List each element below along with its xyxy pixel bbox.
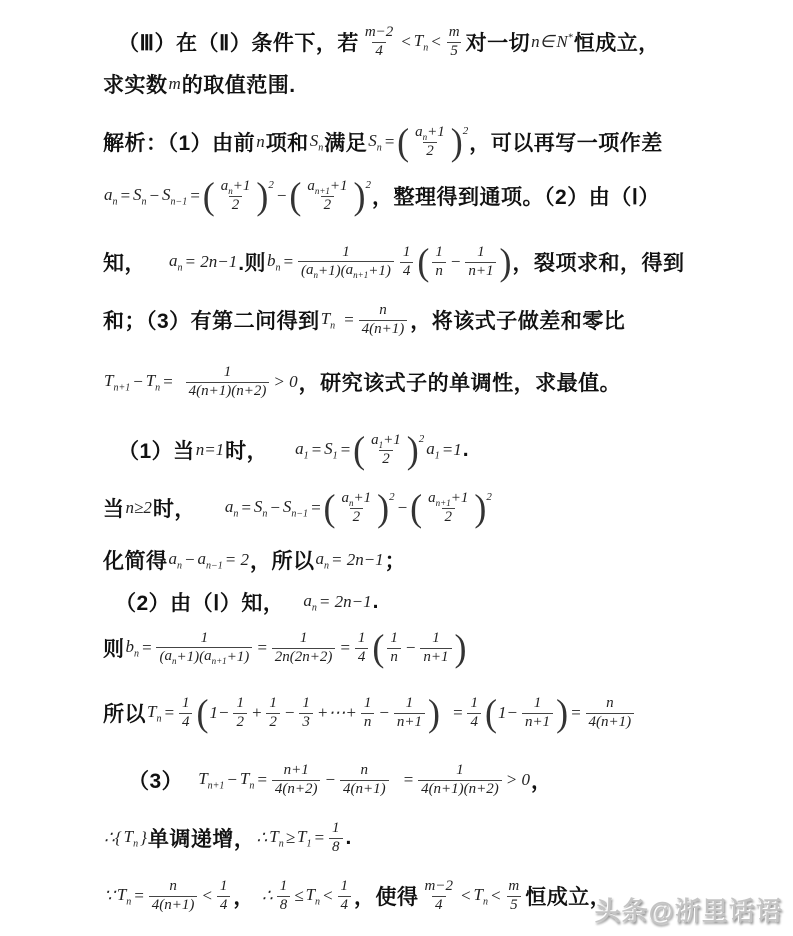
spacer (268, 450, 294, 451)
variable: Tn+1 (104, 371, 130, 393)
math-run: 1 (220, 878, 228, 895)
math-run: } (140, 828, 147, 848)
text-run: （Ⅲ）在（Ⅱ）条件下，若 (118, 27, 359, 57)
fraction: 14 (179, 695, 193, 731)
numerator: 1 (297, 630, 311, 647)
paren-content: an+1+12 (422, 490, 474, 527)
spacer (441, 713, 451, 714)
denominator: 4 (372, 42, 386, 60)
variable: Sn−1 (283, 497, 308, 519)
denominator: 5 (507, 896, 521, 914)
open-paren: ( (372, 630, 384, 666)
subscript: n+1 (212, 656, 227, 666)
subscript: n (330, 320, 335, 331)
close-paren: ) (455, 630, 467, 666)
variable: Tn (473, 885, 487, 907)
math-run: < (322, 886, 333, 906)
text-run: 满足 (324, 127, 367, 157)
math-run: 4(n+1) (343, 781, 386, 798)
fraction: 1n (361, 695, 375, 731)
math-run: = (343, 310, 354, 330)
variable: an+1 (204, 648, 227, 666)
paren-content: an+12 (215, 178, 257, 215)
fraction: 1n (387, 630, 401, 666)
subscript: n (318, 142, 323, 153)
denominator: n (432, 262, 446, 280)
paren-group: (1−12+12−13+⋯+1n−1n+1) (196, 695, 440, 731)
math-run: +1 (354, 490, 372, 507)
text-run: （1）当 (118, 435, 195, 465)
paren-content: 1n−1n+1 (429, 244, 499, 280)
numerator: n+1 (281, 762, 312, 779)
variable: Sn−1 (162, 185, 187, 207)
math-run: +1)( (318, 263, 346, 280)
variable: Tn (306, 885, 320, 907)
subscript: n (276, 262, 281, 273)
paren-content: 1−1n+1 (497, 695, 556, 731)
denominator: 4(n+1)(n+2) (186, 382, 270, 400)
variable: N* (556, 32, 572, 52)
numerator: 1 (217, 878, 231, 895)
math-run: = 2 (225, 550, 249, 570)
denominator: 2 (423, 142, 437, 160)
fraction: 12n(2n+2) (272, 630, 336, 666)
math-run: 3 (302, 714, 310, 731)
math-run: m (508, 878, 519, 895)
paren-content: an+1+12 (301, 178, 353, 215)
math-run: ∴ (262, 886, 273, 906)
denominator: 2 (266, 713, 280, 731)
numerator: 1 (338, 878, 352, 895)
math-run: 1 (534, 695, 542, 712)
math-run: +1 (330, 178, 348, 195)
denominator: n+1 (420, 648, 451, 666)
numerator: 1 (339, 244, 353, 261)
variable: Tn (269, 827, 283, 849)
subscript: n (133, 838, 138, 849)
math-run: − (378, 703, 389, 723)
fraction: 14 (467, 695, 481, 731)
math-run: 1 (300, 630, 308, 647)
fraction: m−24 (422, 878, 456, 914)
math-run: = (256, 638, 267, 658)
numerator: m−2 (362, 24, 396, 41)
math-run: 1 (477, 244, 485, 261)
math-run: = (163, 703, 174, 723)
text-run: 的取值范围. (182, 69, 296, 99)
numerator: 1 (299, 695, 313, 712)
math-run: 1 (201, 630, 209, 647)
text-run: （3） (128, 765, 183, 795)
math-run: > 0 (273, 372, 297, 392)
fraction: n+14(n+2) (272, 762, 321, 798)
numerator: n (358, 762, 372, 779)
denominator: 4 (432, 896, 446, 914)
fraction: 1n+1 (394, 695, 425, 731)
paren-group: (an+1+12)2 (289, 178, 371, 215)
subscript: 1 (307, 838, 312, 849)
numerator: 1 (277, 878, 291, 895)
numerator: 1 (429, 630, 443, 647)
math-run: − (284, 703, 295, 723)
math-run: +1) (368, 263, 391, 280)
subscript: n (177, 560, 182, 571)
paren-group: (1n−1n+1) (372, 630, 466, 666)
variable: Tn (414, 31, 428, 53)
subscript: n (312, 602, 317, 613)
variable: an (225, 497, 239, 519)
math-run: n+1 (423, 649, 448, 666)
variable: an (415, 124, 427, 142)
math-run: 1 (406, 695, 414, 712)
math-run: 4 (358, 649, 366, 666)
fraction: 14(n+1)(n+2) (186, 364, 270, 400)
variable: Tn (124, 827, 138, 849)
open-paren: ( (410, 490, 422, 526)
math-run: n≥2 (126, 498, 152, 518)
open-paren: ( (417, 244, 429, 280)
fraction: 14(n+1)(n+2) (418, 762, 502, 798)
denominator: n+1 (465, 262, 496, 280)
math-run: ≥ (286, 828, 295, 848)
math-run: 5 (510, 897, 518, 914)
math-line: （1）当n=1时，a1=S1=(a1+12)2a1=1. (118, 424, 469, 476)
math-run: 5 (450, 43, 458, 60)
open-paren: ( (485, 695, 497, 731)
math-run: 1 (236, 695, 244, 712)
math-run: +1 (233, 178, 251, 195)
math-run: n+1 (397, 714, 422, 731)
numerator: 1 (387, 630, 401, 647)
math-line: Tn+1−Tn=14(n+1)(n+2)> 0，研究该式子的单调性，求最值。 (103, 356, 621, 408)
numerator: 1 (474, 244, 488, 261)
math-run: n (361, 762, 369, 779)
math-run: = (403, 770, 414, 790)
math-run: 4(n+1)(n+2) (421, 781, 499, 798)
numerator: 1 (233, 695, 247, 712)
text-run: 单调递增， (148, 823, 256, 853)
variable: an (104, 185, 118, 207)
math-run: +1 (383, 432, 401, 449)
numerator: n (166, 878, 180, 895)
math-line: 则bn=1(an+1)(an+1+1)=12n(2n+2)=14(1n−1n+1… (103, 622, 468, 674)
paren-group: (an+1+12)2 (410, 490, 492, 527)
open-paren: ( (196, 695, 208, 731)
text-run: . (346, 826, 352, 850)
math-run: 1 (456, 762, 464, 779)
exponent: 2 (419, 433, 425, 445)
fraction: 14 (355, 630, 369, 666)
numerator: 1 (432, 244, 446, 261)
numerator: 1 (329, 820, 343, 837)
variable: bn (267, 251, 281, 273)
denominator: 4 (400, 262, 414, 280)
variable: an (342, 490, 354, 508)
math-run: − (184, 550, 195, 570)
math-run: − (324, 770, 335, 790)
watermark: 头条@浙里话语 (595, 891, 783, 928)
subscript: n (126, 896, 131, 907)
text-run: 时， (225, 435, 268, 465)
text-run: ，使得 (354, 881, 419, 911)
fraction: m5 (446, 24, 463, 60)
math-run: 1 (358, 630, 366, 647)
fraction: n4(n+1) (149, 878, 198, 914)
math-run: 1 (364, 695, 372, 712)
math-run: m (169, 74, 181, 94)
math-line: 所以Tn=14(1−12+12−13+⋯+1n−1n+1)=14(1−1n+1)… (103, 687, 637, 739)
numerator: 1 (531, 695, 545, 712)
math-run: =1 (442, 440, 462, 460)
close-paren: ) (256, 178, 268, 214)
superscript: * (568, 32, 573, 43)
text-run: ，裂项求和，得到 (512, 247, 684, 277)
spacer (284, 602, 302, 603)
denominator: 2 (350, 508, 364, 526)
numerator: m−2 (422, 878, 456, 895)
math-run: 1 (280, 878, 288, 895)
subscript: n (315, 896, 320, 907)
variable: an (306, 262, 318, 280)
math-run: 4(n+1)(n+2) (189, 383, 267, 400)
subscript: n+1 (208, 780, 225, 791)
math-run: = (141, 638, 152, 658)
close-paren: ) (377, 490, 389, 526)
math-run: < (201, 886, 212, 906)
fraction: an+12 (218, 178, 254, 215)
subscript: 1 (304, 450, 309, 461)
numerator: 1 (400, 244, 414, 261)
fraction: a1+12 (368, 432, 404, 469)
subscript: n (113, 196, 118, 207)
variable: a1 (295, 439, 309, 461)
fraction: 18 (329, 820, 343, 856)
math-run: 4 (375, 43, 383, 60)
text-run: ，研究该式子的单调性，求最值。 (299, 367, 622, 397)
text-run: 知， (103, 247, 146, 277)
text-run: 解析：（1）由前 (103, 127, 255, 157)
math-run: 1 (470, 695, 478, 712)
math-run: 1− (209, 703, 229, 723)
variable: T1 (297, 827, 311, 849)
numerator: 1 (355, 630, 369, 647)
subscript: n+1 (315, 186, 330, 196)
math-run: n (606, 695, 614, 712)
denominator: 4(n+2) (272, 780, 321, 798)
fraction: 12 (233, 695, 247, 731)
fraction: m5 (505, 878, 522, 914)
denominator: n (387, 648, 401, 666)
fraction: 14 (338, 878, 352, 914)
math-run: 1 (432, 630, 440, 647)
fraction: m−24 (362, 24, 396, 60)
math-run: n=1 (196, 440, 224, 460)
math-run: = (240, 498, 251, 518)
math-run: +1)( (176, 649, 204, 666)
paren-content: an+12 (409, 124, 451, 161)
text-run: ， (531, 765, 553, 795)
fraction: 18 (277, 878, 291, 914)
fraction: n4(n+1) (586, 695, 635, 731)
paren-group: (an+12)2 (203, 178, 274, 215)
fraction: 1(an+1)(an+1+1) (156, 630, 252, 667)
paren-group: (a1+12)2 (353, 432, 424, 469)
denominator: 4 (338, 896, 352, 914)
text-run: ； (385, 545, 407, 575)
math-run: 4 (220, 897, 228, 914)
close-paren: ) (556, 695, 568, 731)
math-run: = 2n−1 (331, 550, 384, 570)
variable: Tn (321, 309, 335, 331)
math-run: 2 (232, 197, 240, 214)
math-run: − (405, 638, 416, 658)
fraction: an+1+12 (425, 490, 471, 527)
math-line: 知，an= 2n−1.则bn=1(an+1)(an+1+1)14(1n−1n+1… (103, 236, 684, 288)
variable: an−1 (197, 549, 222, 571)
denominator: 2 (233, 713, 247, 731)
math-run: 2 (382, 451, 390, 468)
math-run: 4 (470, 714, 478, 731)
numerator: an+1+1 (304, 178, 350, 196)
close-paren: ) (499, 244, 511, 280)
math-run: = (314, 828, 325, 848)
math-run: 4(n+1) (152, 897, 195, 914)
subscript: n−1 (206, 560, 223, 571)
variable: an (169, 549, 183, 571)
math-run: < (490, 886, 501, 906)
math-run: < (430, 32, 441, 52)
numerator: m (446, 24, 463, 41)
subscript: n (483, 896, 488, 907)
exponent: 2 (268, 179, 274, 191)
spacer (146, 262, 168, 263)
math-run: 2n(2n+2) (275, 649, 333, 666)
fraction: an+12 (339, 490, 375, 527)
math-line: 求实数m的取值范围. (103, 58, 296, 110)
denominator: n+1 (394, 713, 425, 731)
subscript: n (141, 196, 146, 207)
math-run: 4(n+1) (589, 714, 632, 731)
open-paren: ( (324, 490, 336, 526)
math-run: = (133, 886, 144, 906)
document-page: （Ⅲ）在（Ⅱ）条件下，若m−24<Tn<m5对一切n∈N*恒成立，求实数m的取值… (0, 0, 793, 936)
variable: Sn (310, 131, 324, 153)
math-run: + (251, 703, 262, 723)
paren-content: an+12 (336, 490, 378, 527)
open-paren: ( (203, 178, 215, 214)
math-line: （2）由（Ⅰ）知，an= 2n−1. (115, 576, 379, 628)
math-run: − (226, 770, 237, 790)
math-run: n (364, 714, 372, 731)
denominator: 2 (379, 450, 393, 468)
numerator: an+1+1 (425, 490, 471, 508)
paren-content: 1n−1n+1 (384, 630, 454, 666)
paren-group: (1−1n+1) (485, 695, 568, 731)
math-run: m (449, 24, 460, 41)
text-run: . (463, 438, 469, 462)
numerator: an+1 (339, 490, 375, 508)
math-run: = (452, 703, 463, 723)
math-run: 4(n+1) (362, 321, 405, 338)
math-run: m−2 (365, 24, 393, 41)
variable: an (169, 251, 183, 273)
math-run: m−2 (425, 878, 453, 895)
spacer (392, 780, 402, 781)
variable: Tn (146, 371, 160, 393)
math-run: 4(n+2) (275, 781, 318, 798)
math-run: = (311, 440, 322, 460)
math-run: 8 (332, 839, 340, 856)
math-run: = (339, 638, 350, 658)
open-paren: ( (353, 432, 365, 468)
math-run: n∈ (531, 32, 554, 52)
math-line: an=Sn−Sn−1=(an+12)2−(an+1+12)2，整理得到通项。（2… (103, 170, 660, 222)
math-run: ∴{ (104, 828, 122, 848)
math-run: +⋯+ (317, 703, 357, 723)
close-paren: ) (474, 490, 486, 526)
text-run: .则 (238, 247, 266, 277)
denominator: 4(n+1) (340, 780, 389, 798)
denominator: 4(n+1)(n+2) (418, 780, 502, 798)
math-run: 8 (280, 897, 288, 914)
math-run: 4 (403, 263, 411, 280)
math-run: n+1 (284, 762, 309, 779)
text-run: （2）由（Ⅰ）知， (115, 587, 284, 617)
text-run: . (373, 590, 379, 614)
variable: an+1 (346, 262, 369, 280)
math-run: 1 (342, 244, 350, 261)
spacer (175, 382, 183, 383)
fraction: 1n+1 (420, 630, 451, 666)
open-paren: ( (289, 178, 301, 214)
math-run: 1 (435, 244, 443, 261)
subscript: n+1 (436, 498, 451, 508)
close-paren: ) (407, 432, 419, 468)
math-run: = (283, 252, 294, 272)
math-run: = 2n−1 (319, 592, 372, 612)
exponent: 2 (389, 491, 395, 503)
numerator: an+1 (412, 124, 448, 142)
text-run: 求实数 (103, 69, 168, 99)
denominator: 2n(2n+2) (272, 648, 336, 666)
numerator: 1 (403, 695, 417, 712)
math-run: n+1 (525, 714, 550, 731)
exponent: 2 (366, 179, 372, 191)
math-run: = (384, 132, 395, 152)
math-run: 1 (224, 364, 232, 381)
paren-content: a1+12 (365, 432, 407, 469)
math-run: 2 (236, 714, 244, 731)
variable: an+1 (428, 490, 451, 508)
watermark-text: 头条@浙里话语 (595, 896, 783, 926)
denominator: 4 (467, 713, 481, 731)
subscript: n (324, 560, 329, 571)
variable: an (303, 591, 317, 613)
denominator: 4 (179, 713, 193, 731)
numerator: n (376, 302, 390, 319)
denominator: 2 (321, 196, 335, 214)
math-run: 1 (332, 820, 340, 837)
math-run: +1 (427, 124, 445, 141)
variable: Tn (117, 885, 131, 907)
subscript: n−1 (170, 196, 187, 207)
subscript: n (155, 382, 160, 393)
fraction: 1(an+1)(an+1+1) (298, 244, 394, 281)
fraction: 1n+1 (465, 244, 496, 280)
math-run: n (435, 263, 443, 280)
numerator: an+1 (218, 178, 254, 196)
fraction: 1n (432, 244, 446, 280)
